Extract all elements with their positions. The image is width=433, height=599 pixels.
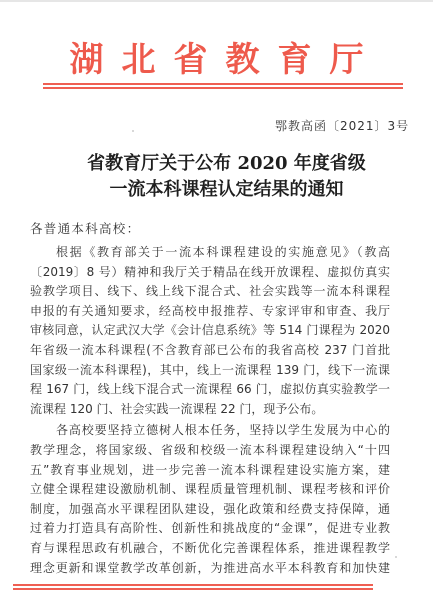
body-line: 各高校要坚持立德树人根本任务，坚持以学生发展为中心的 (56, 422, 390, 438)
body-line: 验教学项目、线下、线上线下混合式、社会实践等一流本科课程 (30, 283, 390, 299)
scan-speck (132, 130, 134, 132)
body-line: 程 167 门，线上线下混合式一流课程 66 门，虚拟仿真实验教学一 (30, 381, 390, 397)
body-line: 审核同意，认定武汉大学《会计信息系统》等 514 门课程为 2020 (30, 322, 390, 338)
red-footer-rule (13, 584, 373, 591)
document-number: 鄂教高函〔2021〕3号 (275, 117, 409, 134)
body-line: 根据《教育部关于一流本科课程建设的实施意见》（教高 (56, 244, 390, 260)
body-line: 育与课程思政有机融合，不断优化完善课程体系，推进课程教学 (30, 540, 390, 556)
scan-speck (395, 556, 397, 558)
body-line: 过着力打造具有高阶性、创新性和挑战度的“金课”，促进专业教 (30, 520, 390, 536)
body-line: 五”教育事业规划，进一步完善一流本科课程建设实施方案，建 (30, 462, 390, 478)
body-line: 国家级一流本科课程)，其中，线上一流课程 139 门，线下一流课 (30, 362, 390, 378)
notice-title-line-2: 一流本科课程认定结果的通知 (0, 178, 433, 202)
issuing-authority-title: 湖北省教育厅 (0, 40, 433, 80)
salutation: 各普通本科高校： (30, 219, 140, 237)
body-line: 制度，加强高水平课程团队建设，强化政策和经费支持保障，通 (30, 501, 390, 517)
body-line: 流课程 120 门、社会实践一流课程 22 门，现予公布。 (30, 401, 310, 417)
page-top-edge (0, 0, 433, 2)
notice-title-line-1: 省教育厅关于公布 2020 年度省级 (0, 152, 433, 176)
body-line: 立健全课程建设激励机制、课程质量管理机制、课程考核和评价 (30, 481, 390, 497)
red-header-rule (43, 83, 403, 90)
body-line: 年省级一流本科课程(不含教育部已公布的我省高校 237 门首批 (30, 342, 390, 358)
body-line: 申报的有关通知要求，经高校申报推荐、专家评审和审查、我厅 (30, 303, 390, 319)
body-line: 〔2019〕8 号）精神和我厅关于精品在线开放课程、虚拟仿真实 (30, 264, 390, 280)
body-line: 教学理念，将国家级、省级和校级一流本科课程建设纳入“十四 (30, 442, 390, 458)
body-line: 理念更新和课堂教学改革创新，为推进高水平本科教育和加快建 (30, 560, 390, 576)
